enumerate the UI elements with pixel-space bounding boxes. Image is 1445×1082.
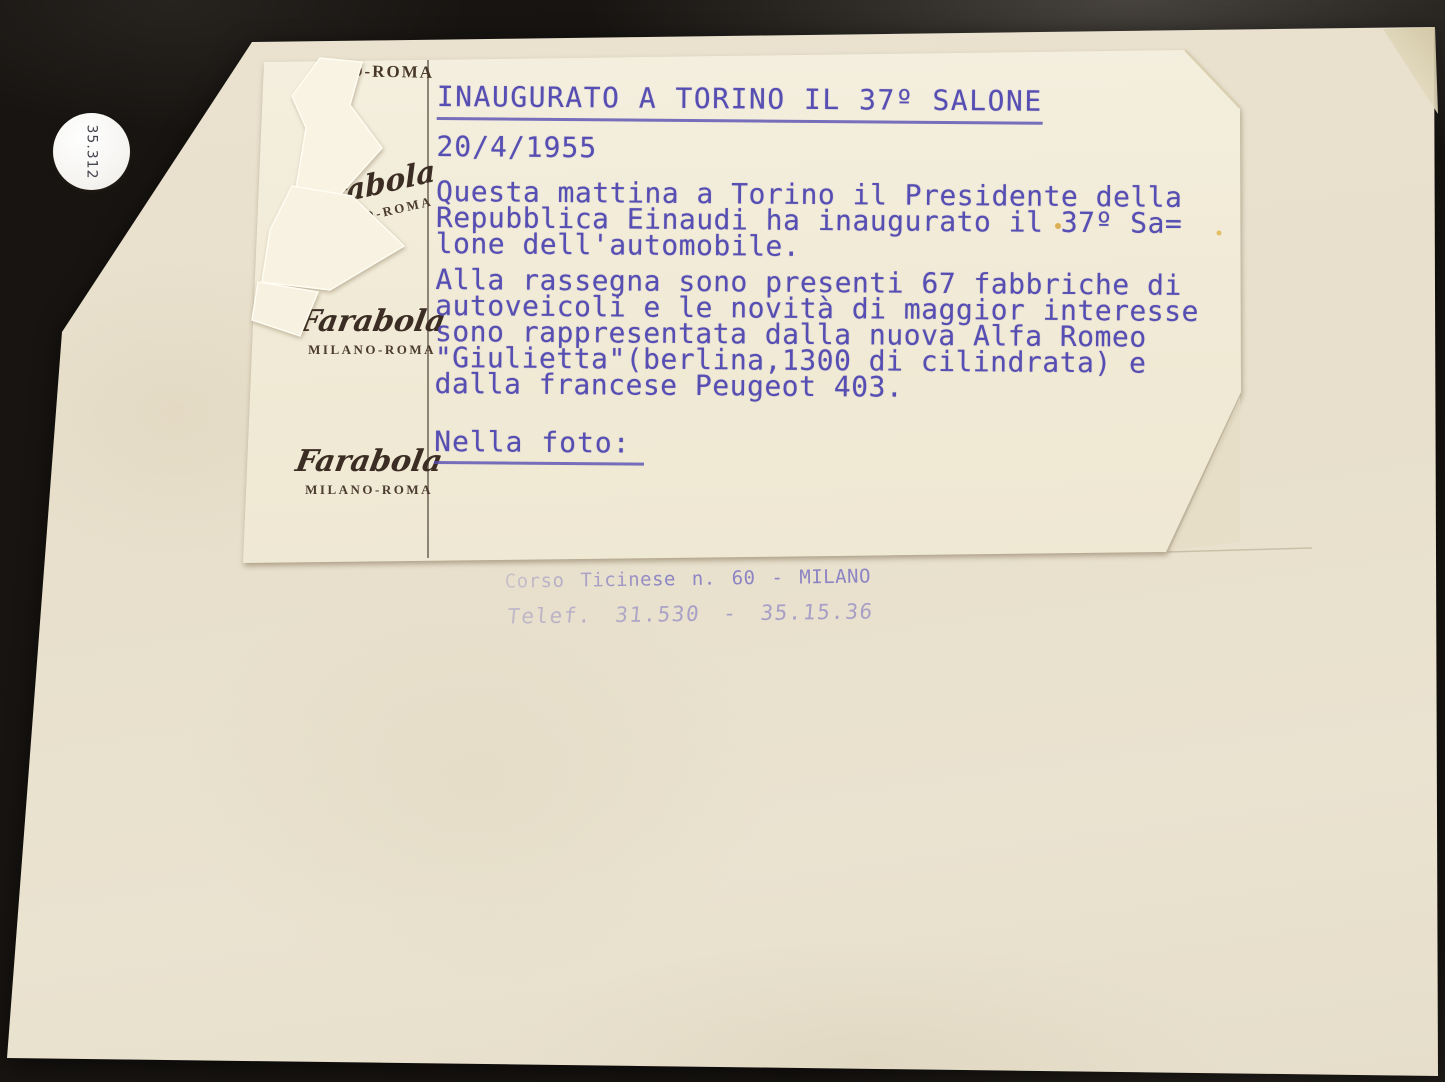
farabola-stamp-2: Farabola MILANO-ROMA bbox=[299, 304, 445, 358]
farabola-stamp-name: Farabola bbox=[293, 444, 445, 479]
caption-text-column: INAUGURATO A TORINO IL 37º SALONE 20/4/1… bbox=[434, 80, 1237, 470]
farabola-stamp-location: MILANO-ROMA bbox=[296, 482, 442, 498]
agency-address-stamp: Corso Ticinese n. 60 - MILANO Telef. 31.… bbox=[505, 565, 874, 628]
archive-number: 35.312 bbox=[84, 124, 100, 179]
address-stamp-line2: Telef. 31.530 - 35.15.36 bbox=[506, 599, 875, 628]
caption-label: NO-ROMA Farabola MILANO-ROMA Farabola MI… bbox=[243, 44, 1244, 568]
farabola-stamp-1: Farabola MILANO-ROMA bbox=[289, 154, 444, 239]
caption-paragraph-1: Questa mattina a Torino il Presidente de… bbox=[436, 179, 1237, 263]
farabola-stamp-name: Farabola bbox=[296, 304, 448, 339]
caption-label-shadow: NO-ROMA Farabola MILANO-ROMA Farabola MI… bbox=[243, 44, 1244, 568]
archive-number-sticker: 35.312 bbox=[53, 113, 130, 190]
address-stamp-line1: Corso Ticinese n. 60 - MILANO bbox=[505, 565, 874, 592]
caption-paragraph-2: Alla rassegna sono presenti 67 fabbriche… bbox=[435, 267, 1236, 403]
caption-headline: INAUGURATO A TORINO IL 37º SALONE bbox=[437, 80, 1043, 125]
caption-footer: Nella foto: bbox=[434, 425, 645, 466]
caption-date: 20/4/1955 bbox=[436, 130, 1236, 169]
farabola-stamp-location: MILANO-ROMA bbox=[299, 342, 445, 358]
photo-back-scan: 35.312 NO-ROMA Farabola MILANO-ROMA Fara… bbox=[0, 0, 1445, 1082]
farabola-stamp-3: Farabola MILANO-ROMA bbox=[296, 444, 442, 498]
stamp-fragment-milano-roma: NO-ROMA bbox=[335, 61, 434, 83]
